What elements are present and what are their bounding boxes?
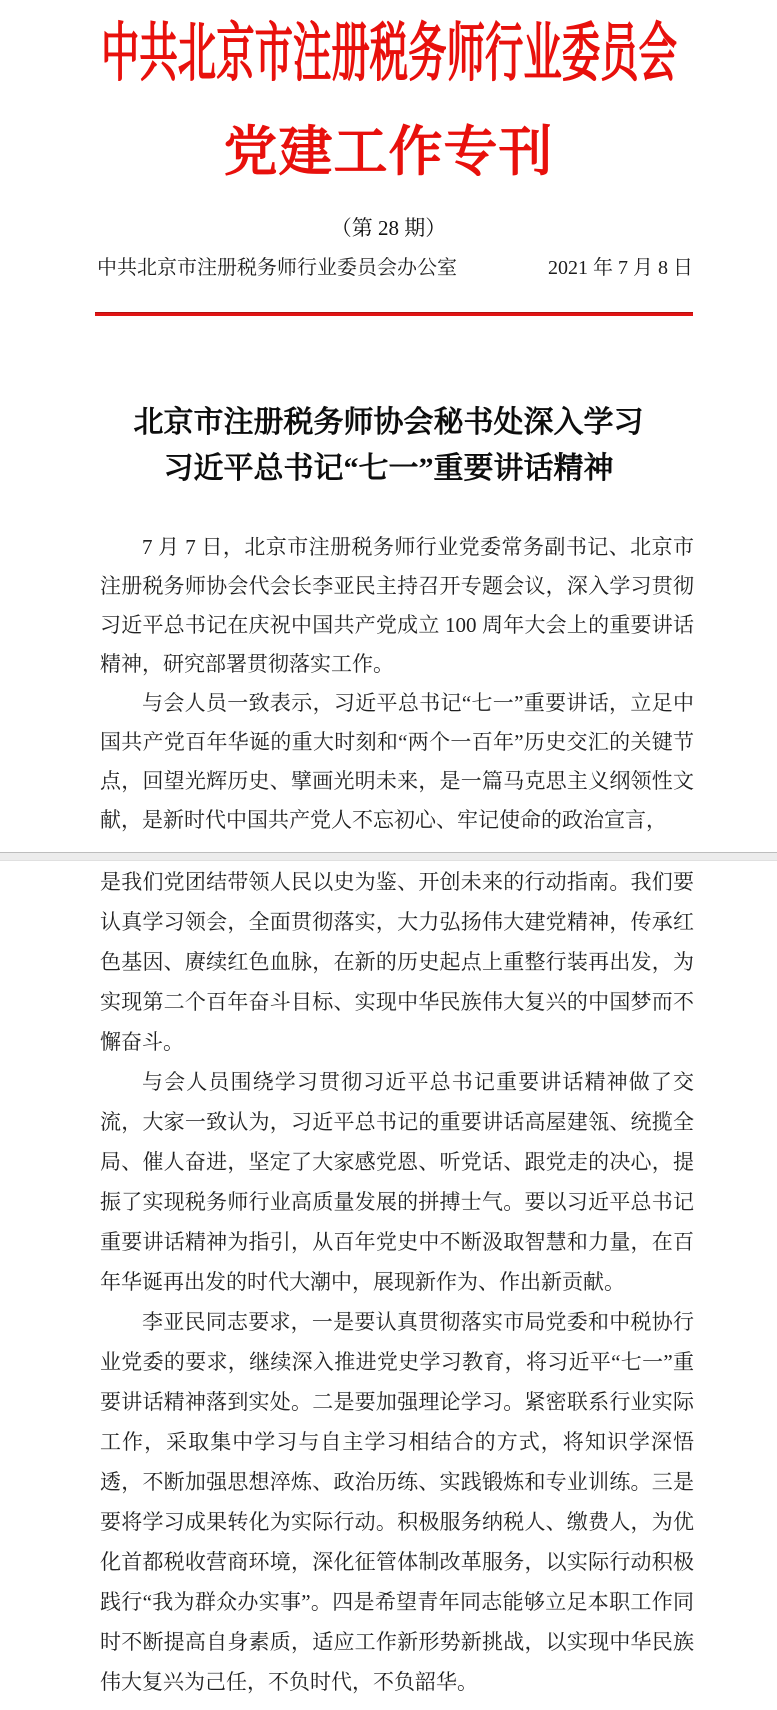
article-title-line-1: 北京市注册税务师协会秘书处深入学习 [0, 400, 777, 446]
issue-number: （第 28 期） [0, 213, 777, 243]
article-title-line-2: 习近平总书记“七一”重要讲话精神 [0, 446, 777, 492]
paragraph: 与会人员一致表示，习近平总书记“七一”重要讲话，立足中国共产党百年华诞的重大时刻… [100, 684, 694, 840]
article-body-page1: 7 月 7 日，北京市注册税务师行业党委常务副书记、北京市注册税务师协会代会长李… [100, 528, 694, 840]
masthead-publication-title: 党建工作专刊 [0, 122, 777, 182]
masthead-organization: 中共北京市注册税务师行业委员会 [0, 20, 777, 92]
publication-info-row: 中共北京市注册税务师行业委员会办公室 2021 年 7 月 8 日 [97, 254, 693, 282]
document-page: 中共北京市注册税务师行业委员会 党建工作专刊 （第 28 期） 中共北京市注册税… [0, 0, 777, 1710]
page-separator [0, 852, 777, 861]
article-body-page2: 是我们党团结带领人民以史为鉴、开创未来的行动指南。我们要认真学习领会，全面贯彻落… [100, 862, 694, 1702]
paragraph: 李亚民同志要求，一是要认真贯彻落实市局党委和中税协行业党委的要求，继续深入推进党… [100, 1302, 694, 1702]
red-divider-rule [95, 312, 693, 316]
issuing-office: 中共北京市注册税务师行业委员会办公室 [97, 254, 457, 282]
paragraph: 与会人员围绕学习贯彻习近平总书记重要讲话精神做了交流，大家一致认为，习近平总书记… [100, 1062, 694, 1302]
masthead-organization-text: 中共北京市注册税务师行业委员会 [101, 20, 677, 88]
article-title: 北京市注册税务师协会秘书处深入学习 习近平总书记“七一”重要讲话精神 [0, 400, 777, 492]
paragraph: 7 月 7 日，北京市注册税务师行业党委常务副书记、北京市注册税务师协会代会长李… [100, 528, 694, 684]
publish-date: 2021 年 7 月 8 日 [548, 254, 693, 282]
paragraph-continuation: 是我们党团结带领人民以史为鉴、开创未来的行动指南。我们要认真学习领会，全面贯彻落… [100, 862, 694, 1062]
